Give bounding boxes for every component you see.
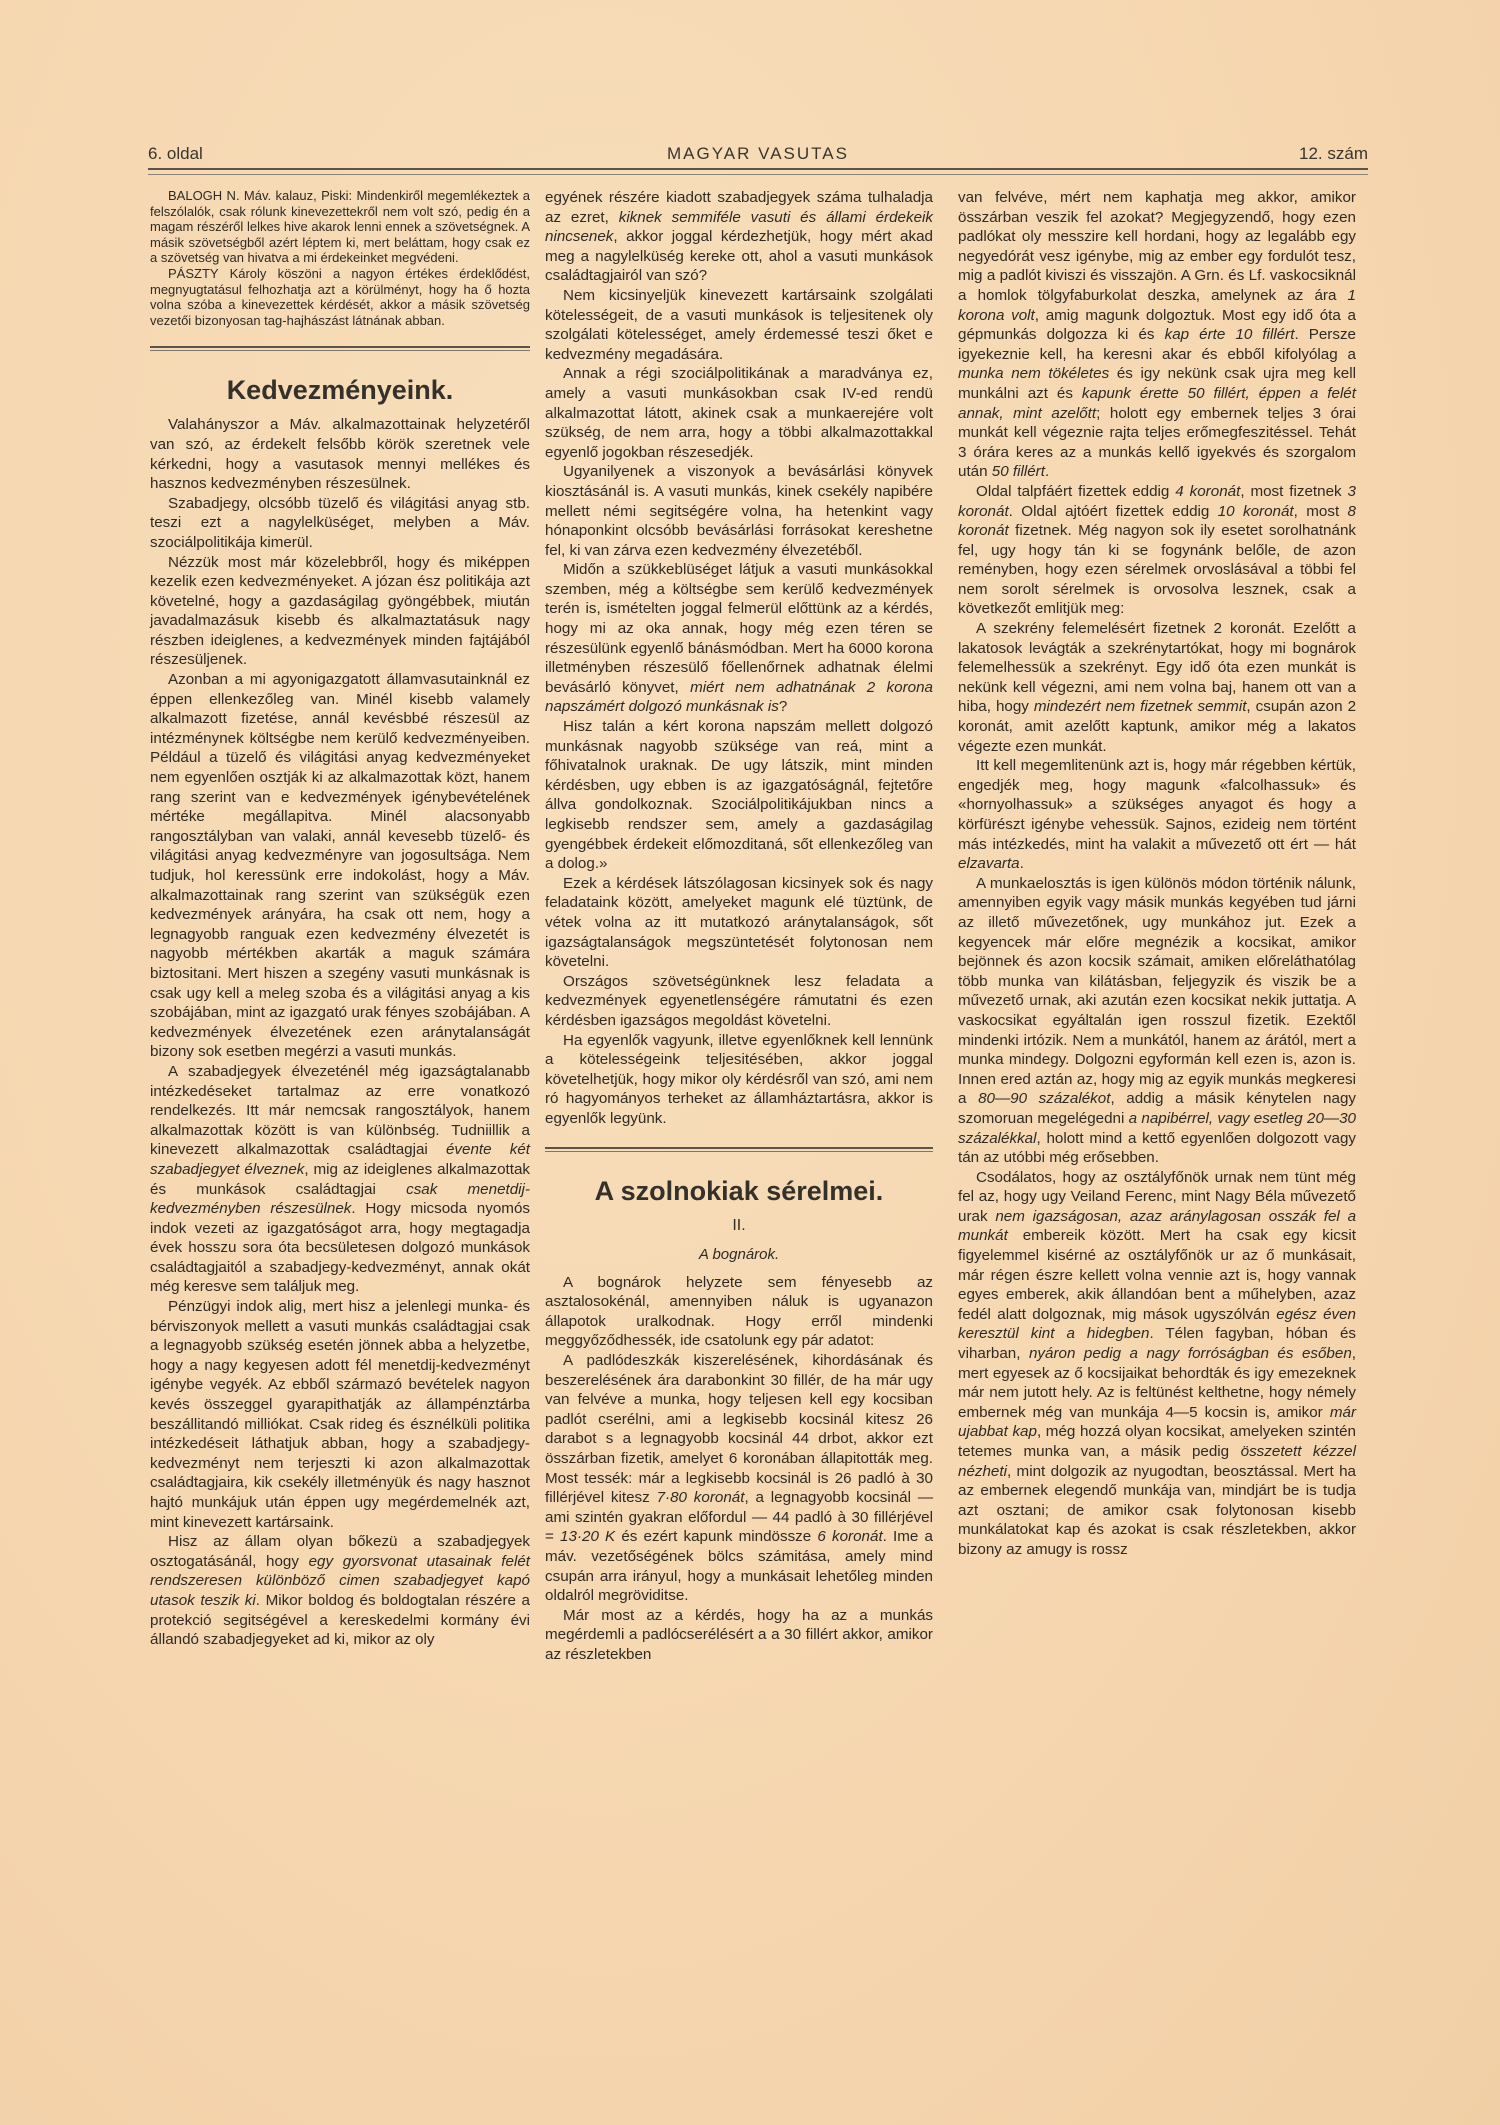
text: . <box>1020 855 1024 872</box>
text: Oldal talpfáért fizettek eddig <box>976 483 1175 500</box>
column-1: BALOGH N. Máv. kalauz, Piski: Mindenkirő… <box>150 188 530 1650</box>
text: . <box>1045 463 1049 480</box>
article-part-number: II. <box>545 1216 933 1236</box>
publication-title: MAGYAR VASUTAS <box>148 144 1368 164</box>
paragraph: A padlódeszkák kiszerelésének, kihordásá… <box>545 1351 933 1606</box>
paragraph: egyének részére kiadott szabadjegyek szá… <box>545 188 933 286</box>
article-title-szolnokiak: A szolnokiak sérelmei. <box>545 1174 933 1208</box>
newspaper-page: 6. oldal MAGYAR VASUTAS 12. szám BALOGH … <box>0 0 1500 2125</box>
article-title-kedvezmenyeink: Kedvezményeink. <box>150 373 530 407</box>
paragraph: Oldal talpfáért fizettek eddig 4 koronát… <box>958 482 1356 619</box>
paragraph: A munkaelosztás is igen különös módon tö… <box>958 874 1356 1168</box>
emphasis: kap érte 10 fillért <box>1165 326 1295 343</box>
issue-number: 12. szám <box>1299 144 1368 164</box>
paragraph: Ha egyenlők vagyunk, illetve egyenlőknek… <box>545 1031 933 1129</box>
paragraph: Annak a régi szociálpolitikának a maradv… <box>545 364 933 462</box>
text: van felvéve, mért nem kaphatja meg akkor… <box>958 189 1356 304</box>
paragraph: Szabadjegy, olcsóbb tüzelő és világitási… <box>150 494 530 553</box>
emphasis: elzavarta <box>958 855 1020 872</box>
text: . Oldal ajtóért fizettek eddig <box>1009 503 1218 520</box>
emphasis: 7·80 koronát <box>657 1489 745 1506</box>
paragraph: Ezek a kérdések látszólagosan kicsinyek … <box>545 874 933 972</box>
text: , most fizetnek <box>1240 483 1347 500</box>
section-divider <box>150 346 530 351</box>
speech-paszty: PÁSZTY Károly köszöni a nagyon értékes é… <box>150 266 530 328</box>
paragraph: Ugyanilyenek a viszonyok a bevásárlási k… <box>545 462 933 560</box>
emphasis: nyáron pedig a nagy forróságban és esőbe… <box>1029 1345 1352 1362</box>
paragraph: Hisz az állam olyan bőkezü a szabadjegye… <box>150 1532 530 1650</box>
paragraph: Pénzügyi indok alig, mert hisz a jelenle… <box>150 1297 530 1532</box>
paragraph: Nem kicsinyeljük kinevezett kartársaink … <box>545 286 933 364</box>
emphasis: 80—90 százalékot <box>978 1090 1110 1107</box>
text: és ezért kapunk mindössze <box>615 1528 817 1545</box>
paragraph: Csodálatos, hogy az osztályfőnök urnak n… <box>958 1168 1356 1560</box>
header-divider <box>148 168 1368 175</box>
emphasis: munka nem tökéletes <box>958 365 1109 382</box>
paragraph: Midőn a szükkeblüséget látjuk a vasuti m… <box>545 560 933 717</box>
emphasis: 50 fillért <box>992 463 1045 480</box>
paragraph: Itt kell megemlitenünk azt is, hogy már … <box>958 756 1356 874</box>
speech-balogh: BALOGH N. Máv. kalauz, Piski: Mindenkirő… <box>150 188 530 266</box>
emphasis: 13·20 K <box>560 1528 615 1545</box>
text: fizetnek. Még nagyon sok ily esetet soro… <box>958 522 1356 617</box>
article-subtitle: A bognárok. <box>545 1245 933 1265</box>
text: Itt kell megemlitenünk azt is, hogy már … <box>958 757 1356 852</box>
emphasis: 6 koronát <box>817 1528 882 1545</box>
meeting-report-continuation: BALOGH N. Máv. kalauz, Piski: Mindenkirő… <box>150 188 530 328</box>
column-3: van felvéve, mért nem kaphatja meg akkor… <box>958 188 1356 1560</box>
text: A padlódeszkák kiszerelésének, kihordásá… <box>545 1352 933 1506</box>
paragraph: Nézzük most már közelebbről, hogy és mik… <box>150 553 530 671</box>
section-divider <box>545 1147 933 1152</box>
text: ? <box>779 698 787 715</box>
paragraph: Országos szövetségünknek lesz feladata a… <box>545 972 933 1031</box>
page-header: 6. oldal MAGYAR VASUTAS 12. szám <box>148 144 1368 170</box>
emphasis: 10 koronát <box>1218 503 1294 520</box>
text: Midőn a szükkeblüséget látjuk a vasuti m… <box>545 561 933 696</box>
paragraph: A bognárok helyzete sem fényesebb az asz… <box>545 1273 933 1351</box>
paragraph: Már most az a kérdés, hogy ha az a munká… <box>545 1606 933 1665</box>
paragraph: Azonban a mi agyonigazgatott államvasuta… <box>150 670 530 1062</box>
text: , most <box>1294 503 1348 520</box>
emphasis: mindezért nem fizetnek semmit <box>1034 698 1247 715</box>
paragraph: Hisz talán a kért korona napszám mellett… <box>545 717 933 874</box>
paragraph: A szekrény felemelésért fizetnek 2 koron… <box>958 619 1356 756</box>
paragraph: A szabadjegyek élvezeténél még igazságta… <box>150 1062 530 1297</box>
paragraph: van felvéve, mért nem kaphatja meg akkor… <box>958 188 1356 482</box>
column-2: egyének részére kiadott szabadjegyek szá… <box>545 188 933 1665</box>
text: A munkaelosztás is igen különös módon tö… <box>958 875 1356 1108</box>
emphasis: 4 koronát <box>1175 483 1240 500</box>
paragraph: Valahányszor a Máv. alkalmazottainak hel… <box>150 415 530 493</box>
text: , mint dolgozik az nyugodtan, beosztássa… <box>958 1463 1356 1558</box>
